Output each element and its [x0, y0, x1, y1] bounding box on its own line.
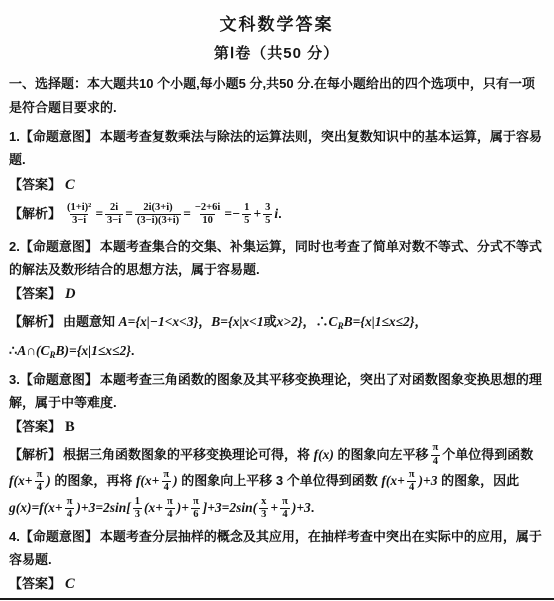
math-formula: (1+i)²3−i=2i3−i=2i(3+i)(3−i)(3+i)=−2+6i1…: [63, 206, 282, 221]
exam-answer-document: 文科数学答案 第Ⅰ卷（共50 分） 一、选择题：本大题共10 个小题,每小题5 …: [0, 0, 554, 601]
math-formula: 由题意知 A={x|−1<x<3}，B={x|x<1或x>2}，∴CRB={x|…: [63, 314, 427, 329]
intent-label: 【命题意图】: [20, 529, 98, 544]
fraction: 15: [242, 202, 251, 228]
question-intent: 3.【命题意图】本题考查三角函数的图象及其平移变换理论，突出了对函数图象变换思想…: [9, 368, 544, 414]
question-block-4: 4.【命题意图】本题考查分层抽样的概念及其应用，在抽样考查中突出在实际中的应用，…: [9, 525, 544, 597]
page-subtitle: 第Ⅰ卷（共50 分）: [9, 42, 544, 63]
analysis-line: 【解析】(1+i)²3−i=2i3−i=2i(3+i)(3−i)(3+i)=−2…: [9, 201, 544, 228]
answer-value: D: [65, 286, 76, 302]
question-number: 1.: [9, 129, 20, 144]
fraction: 35: [263, 202, 272, 228]
answer-label: 【答案】: [9, 576, 61, 591]
fraction: 13: [133, 496, 142, 522]
fraction: π4: [34, 469, 44, 495]
fraction: π4: [407, 469, 417, 495]
answer-label: 【答案】: [9, 177, 61, 192]
analysis-line-2: ∴A∩(CRB)={x|1≤x≤2}.: [9, 338, 544, 365]
fraction: π4: [161, 469, 171, 495]
section-intro: 一、选择题：本大题共10 个小题,每小题5 分,共50 分.在每小题给出的四个选…: [9, 72, 544, 119]
analysis-line: 【解析】根据三角函数图象的平移变换理论可得，将 f(x) 的图象向左平移π4个单…: [9, 442, 544, 522]
analysis-label: 【解析】: [9, 314, 61, 329]
answer-line: 【答案】B: [9, 415, 544, 440]
question-intent: 4.【命题意图】本题考查分层抽样的概念及其应用，在抽样考查中突出在实际中的应用，…: [9, 525, 544, 571]
bottom-divider: [0, 598, 554, 600]
question-block-1: 1.【命题意图】本题考查复数乘法与除法的运算法则，突出复数知识中的基本运算，属于…: [9, 125, 544, 228]
analysis-line: 【解析】由题意知 A={x|−1<x<3}，B={x|x<1或x>2}，∴CRB…: [9, 309, 544, 336]
fraction: π4: [65, 496, 75, 522]
fraction: π4: [280, 496, 290, 522]
fraction: 2i(3+i)(3−i)(3+i): [135, 202, 181, 228]
fraction: (1+i)²3−i: [65, 202, 93, 228]
analysis-label: 【解析】: [9, 206, 61, 221]
fraction: 2i3−i: [105, 202, 123, 228]
answer-value: C: [65, 576, 75, 592]
answer-value: B: [65, 419, 75, 435]
fraction: π4: [431, 442, 441, 468]
fraction: x3: [259, 496, 268, 522]
question-number: 3.: [9, 372, 20, 387]
question-number: 2.: [9, 239, 20, 254]
math-formula: ∴A∩(CRB)={x|1≤x≤2}.: [9, 343, 135, 358]
question-intent: 2.【命题意图】本题考查集合的交集、补集运算，同时也考查了简单对数不等式、分式不…: [9, 235, 544, 281]
question-block-3: 3.【命题意图】本题考查三角函数的图象及其平移变换理论，突出了对函数图象变换思想…: [9, 368, 544, 522]
answer-value: C: [65, 177, 75, 193]
intent-label: 【命题意图】: [20, 372, 98, 387]
answer-line: 【答案】D: [9, 282, 544, 307]
page-title: 文科数学答案: [9, 10, 544, 35]
answer-label: 【答案】: [9, 286, 61, 301]
question-number: 4.: [9, 529, 20, 544]
intent-label: 【命题意图】: [20, 129, 98, 144]
analysis-label: 【解析】: [9, 447, 61, 462]
answer-line: 【答案】C: [9, 173, 544, 198]
fraction: π6: [191, 496, 201, 522]
math-formula: 根据三角函数图象的平移变换理论可得，将 f(x) 的图象向左平移π4个单位得到函…: [9, 447, 533, 515]
answer-line: 【答案】C: [9, 572, 544, 597]
question-intent: 1.【命题意图】本题考查复数乘法与除法的运算法则，突出复数知识中的基本运算，属于…: [9, 125, 544, 171]
answer-label: 【答案】: [9, 419, 61, 434]
intent-label: 【命题意图】: [20, 239, 98, 254]
fraction: −2+6i10: [193, 202, 222, 228]
fraction: π4: [165, 496, 175, 522]
question-block-2: 2.【命题意图】本题考查集合的交集、补集运算，同时也考查了简单对数不等式、分式不…: [9, 235, 544, 365]
